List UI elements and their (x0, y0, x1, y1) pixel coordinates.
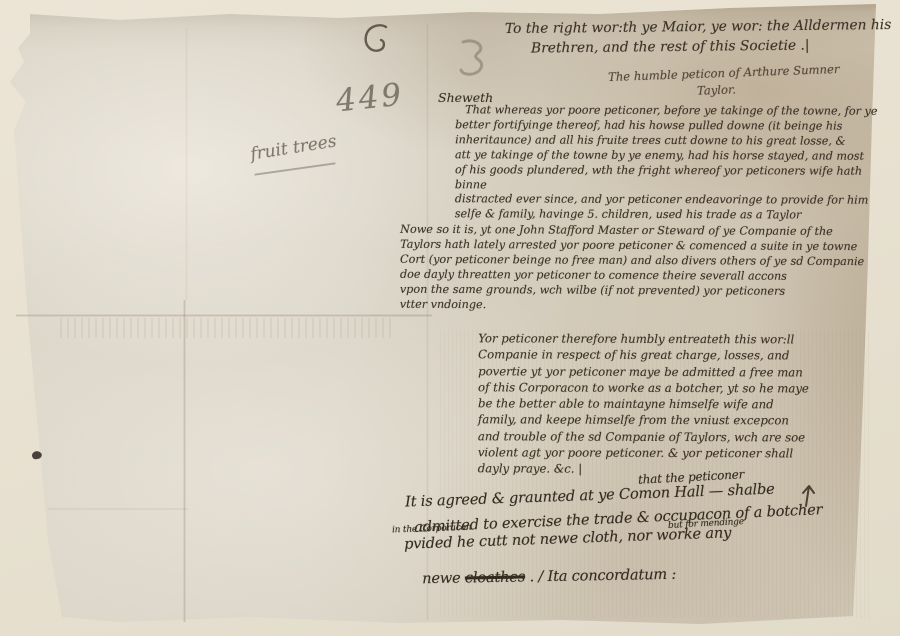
petition-paragraph-2: Nowe so it is, yt one John Stafford Mast… (400, 222, 890, 315)
ink-flourish-mark (356, 22, 394, 60)
ink-blot (30, 449, 44, 461)
vertical-fold-line (183, 300, 186, 622)
ink-smudge-mark (455, 36, 497, 82)
horizontal-crease (48, 508, 188, 510)
fold-stain-fringe (60, 318, 395, 338)
folio-number: 449 (334, 77, 406, 120)
petition-paragraph-1: That whereas yor poore peticoner, before… (455, 103, 891, 224)
decision-line-4-pre: newe (422, 569, 465, 587)
address-line-2: Brethren, and the rest of this Societie … (531, 38, 810, 57)
manuscript-scan: 449 fruit trees To the right wor:th ye M… (0, 0, 900, 636)
horizontal-fold-line (16, 314, 432, 317)
decision-struck-word: cloathes (465, 568, 525, 586)
decision-line-4: newe cloathes . / Ita concordatum : (422, 549, 677, 587)
vertical-fold-line-faint (185, 28, 188, 300)
decision-line-4-post: . / Ita concordatum : (525, 566, 676, 586)
petition-title-line-2: Taylor. (697, 82, 736, 97)
petition-paragraph-3: Yor peticoner therefore humbly entreatet… (478, 330, 889, 478)
